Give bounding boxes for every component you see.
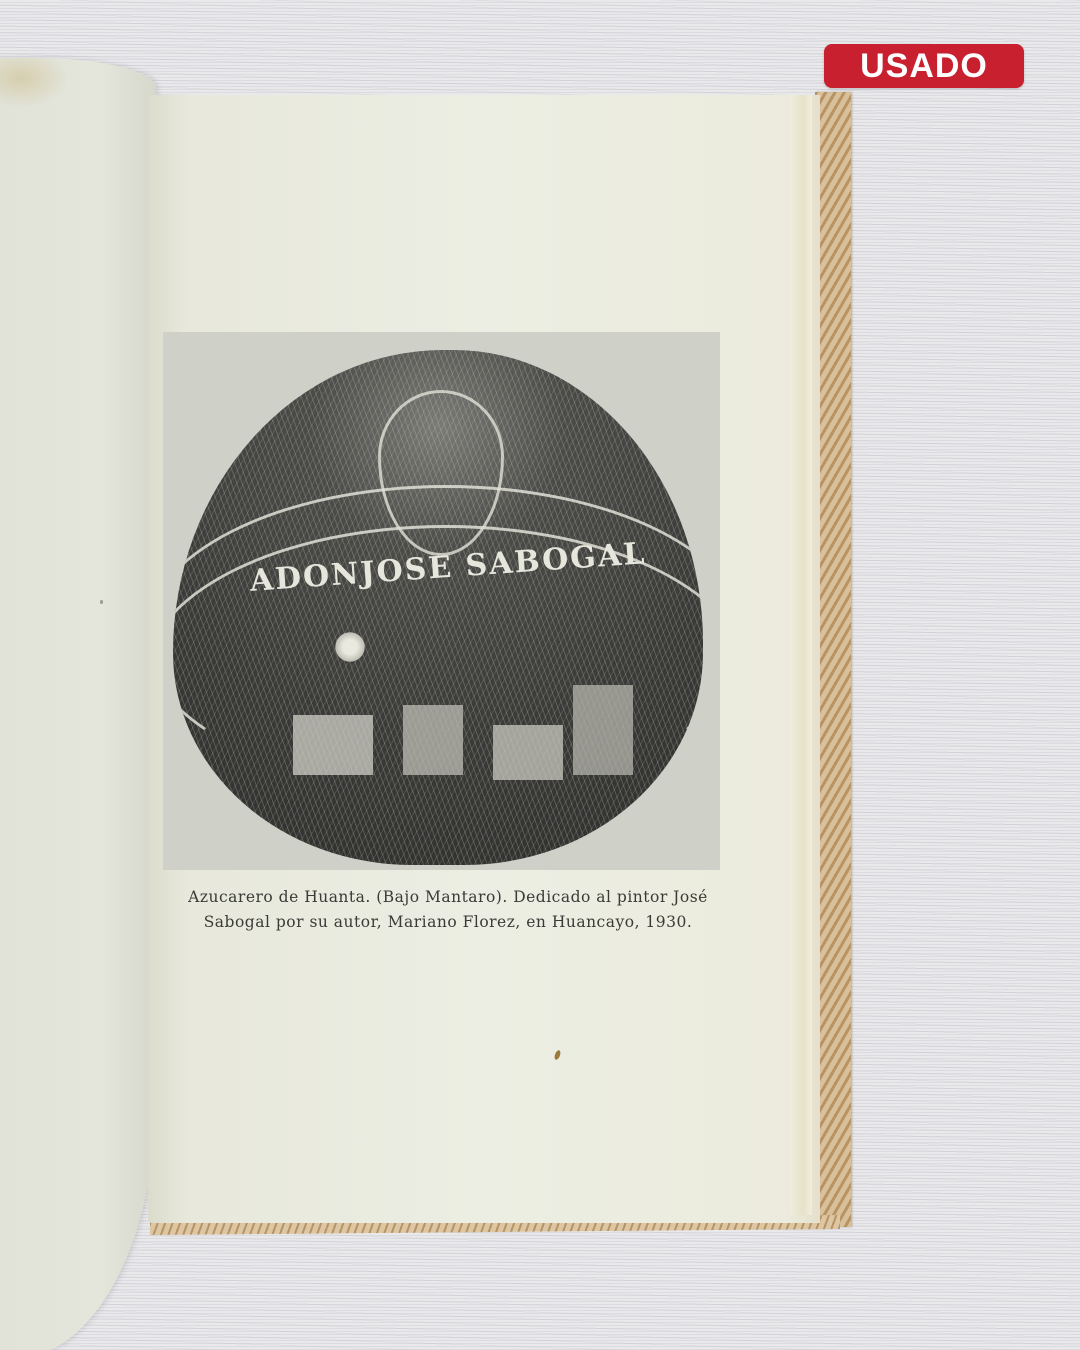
village-scene [233,675,653,825]
foxing-spot [100,600,103,604]
caption-line-1: Azucarero de Huanta. (Bajo Mantaro). Ded… [168,885,728,910]
photo-plate: ADONJOSE SABOGAL [163,332,720,870]
engraved-gourd-image: ADONJOSE SABOGAL [173,350,703,865]
page-stain [0,58,70,108]
caption-line-2: Sabogal por su autor, Mariano Florez, en… [168,910,728,935]
page-edge [790,95,812,1215]
plate-caption: Azucarero de Huanta. (Bajo Mantaro). Ded… [168,885,728,935]
flower-engraving [333,630,367,664]
left-page [0,58,156,1350]
used-condition-badge: USADO [824,44,1024,88]
book-cover-edge [815,92,851,1227]
